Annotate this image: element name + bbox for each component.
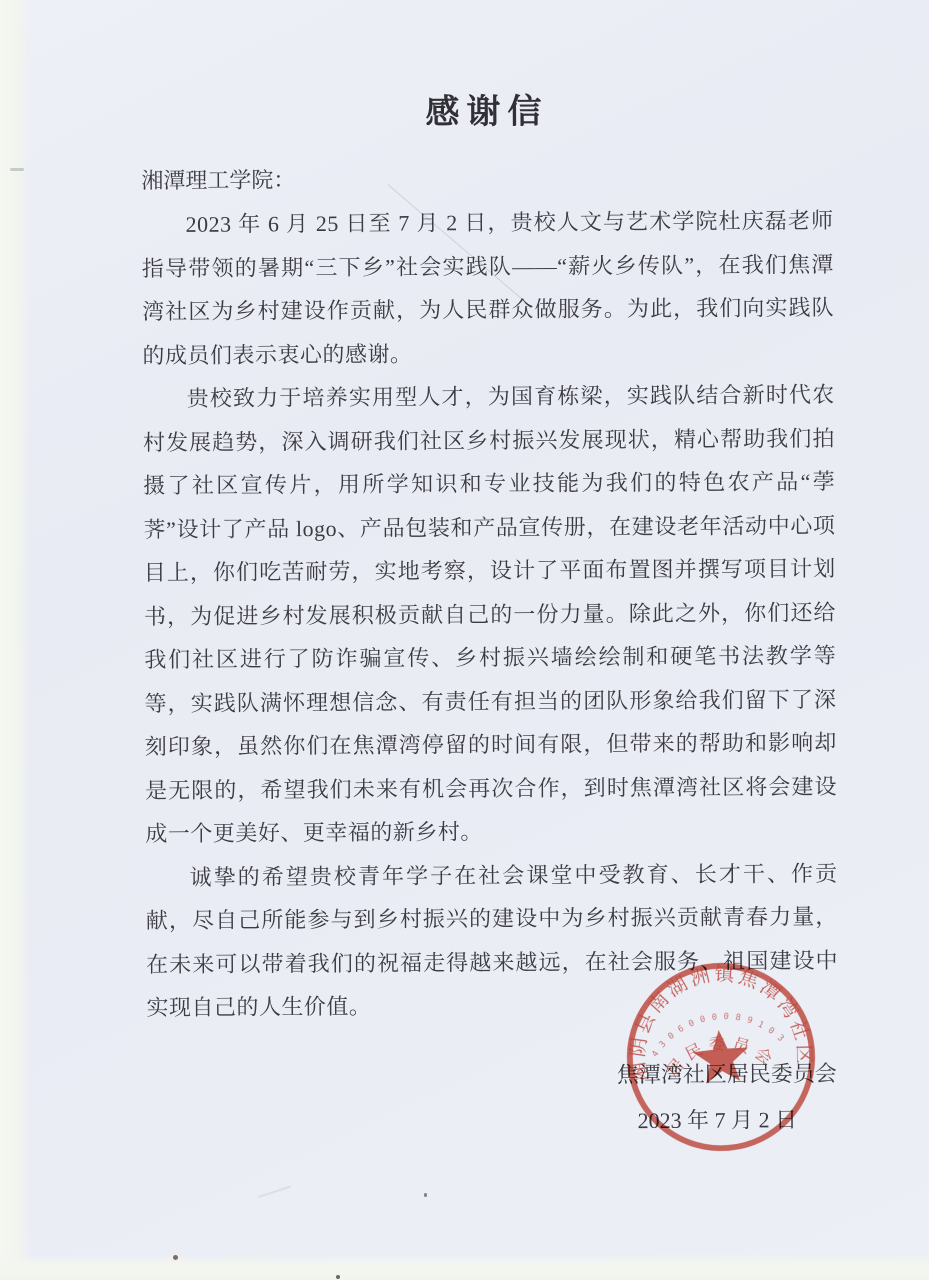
photo-speck <box>173 1255 178 1260</box>
photo-speck <box>10 168 24 171</box>
photo-speck <box>336 1275 340 1279</box>
paper-bottom-edge <box>0 1254 929 1280</box>
official-seal-graphic: 湘阴县南湖洲镇焦潭湾社区 居民委员会 4306000089103 <box>616 952 826 1162</box>
crease-line <box>258 1185 291 1197</box>
official-seal: 湘阴县南湖洲镇焦潭湾社区 居民委员会 4306000089103 <box>616 952 826 1162</box>
letter-photo: 感谢信 湘潭理工学院： 2023 年 6 月 25 日至 7 月 2 日，贵校人… <box>0 0 929 1280</box>
letter-title: 感谢信 <box>141 82 833 135</box>
letter-paragraph-2: 贵校致力于培养实用型人才，为国育栋梁，实践队结合新时代农村发展趋势，深入调研我们… <box>143 373 838 856</box>
photo-speck <box>424 1193 427 1197</box>
paper-left-edge <box>0 0 30 1280</box>
letter-paragraph-1: 2023 年 6 月 25 日至 7 月 2 日，贵校人文与艺术学院杜庆磊老师指… <box>141 199 834 377</box>
letter-greeting: 湘潭理工学院： <box>141 155 833 203</box>
